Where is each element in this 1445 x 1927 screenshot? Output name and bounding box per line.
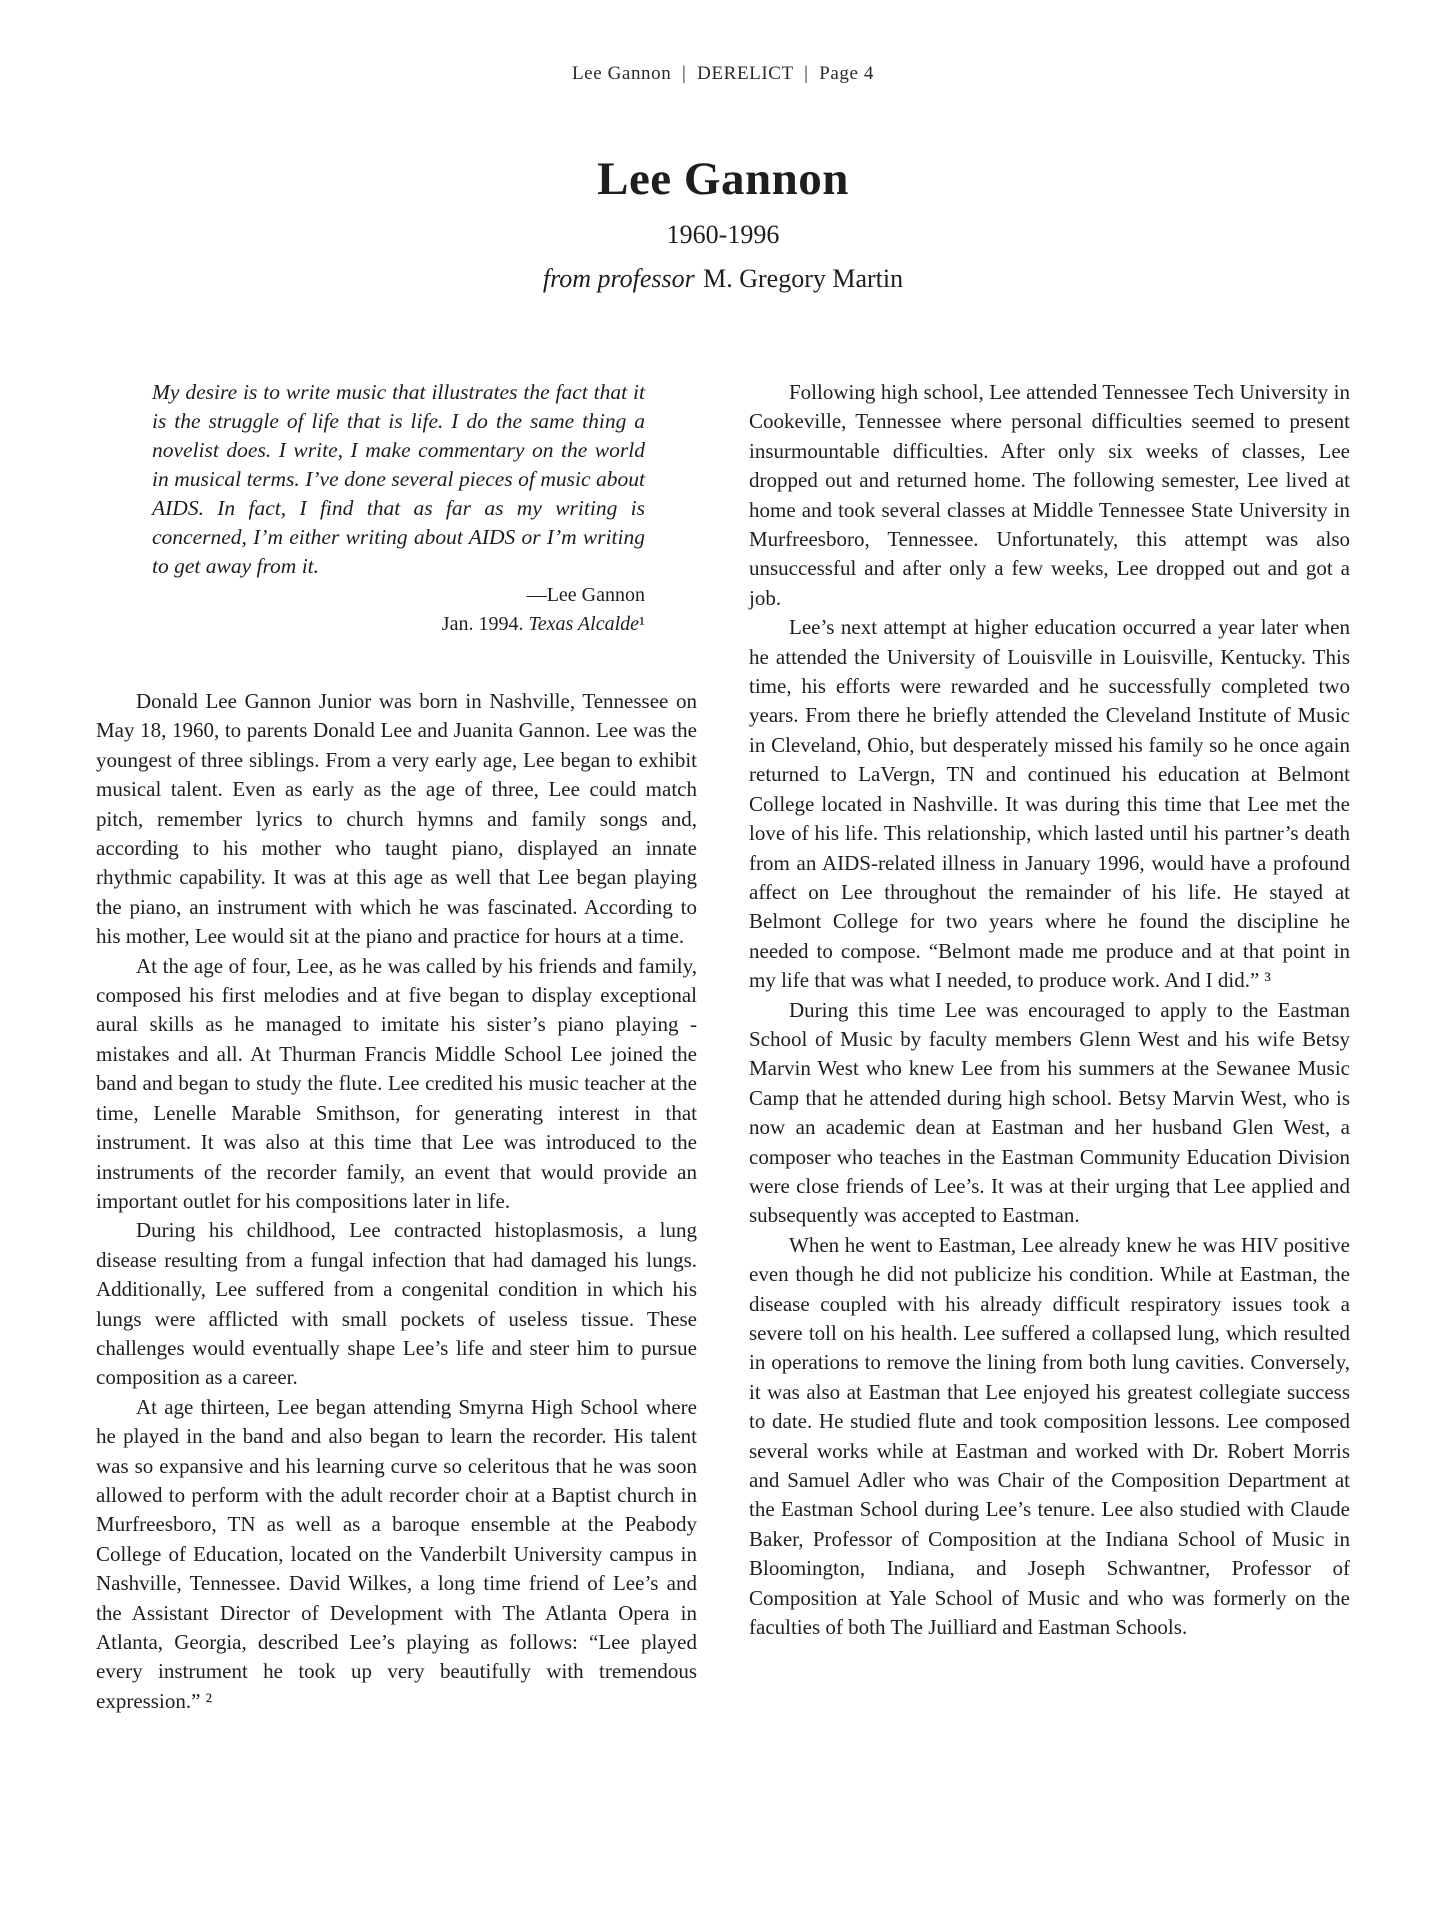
body-paragraph: During this time Lee was encouraged to a… [749,996,1350,1231]
body-paragraph: Following high school, Lee attended Tenn… [749,378,1350,613]
document-page: Lee Gannon | DERELICT | Page 4 Lee Ganno… [0,0,1445,1927]
byline: from professorM. Gregory Martin [96,264,1350,294]
body-paragraph: Donald Lee Gannon Junior was born in Nas… [96,687,697,952]
pull-quote: My desire is to write music that illustr… [152,378,645,581]
quote-attribution: —Lee Gannon [96,581,645,610]
body-paragraph: During his childhood, Lee contracted his… [96,1216,697,1392]
byline-prefix: from professor [543,264,695,293]
quote-citation-date: Jan. 1994. [442,613,529,635]
right-column-paragraphs: Following high school, Lee attended Tenn… [749,378,1350,1642]
page-title: Lee Gannon [96,152,1350,206]
two-column-body: My desire is to write music that illustr… [96,378,1350,1716]
quote-citation-footnote-marker: ¹ [639,613,645,635]
left-column-paragraphs: Donald Lee Gannon Junior was born in Nas… [96,687,697,1716]
left-column: My desire is to write music that illustr… [96,378,697,1716]
byline-name: M. Gregory Martin [703,264,903,293]
body-paragraph: Lee’s next attempt at higher education o… [749,613,1350,995]
quote-citation-source: Texas Alcalde [528,613,639,635]
running-header: Lee Gannon | DERELICT | Page 4 [96,63,1350,85]
life-dates: 1960-1996 [96,220,1350,250]
quote-citation: Jan. 1994. Texas Alcalde¹ [96,610,645,639]
right-column: Following high school, Lee attended Tenn… [749,378,1350,1716]
body-paragraph: At age thirteen, Lee began attending Smy… [96,1393,697,1716]
body-paragraph: At the age of four, Lee, as he was calle… [96,952,697,1217]
body-paragraph: When he went to Eastman, Lee already kne… [749,1231,1350,1643]
